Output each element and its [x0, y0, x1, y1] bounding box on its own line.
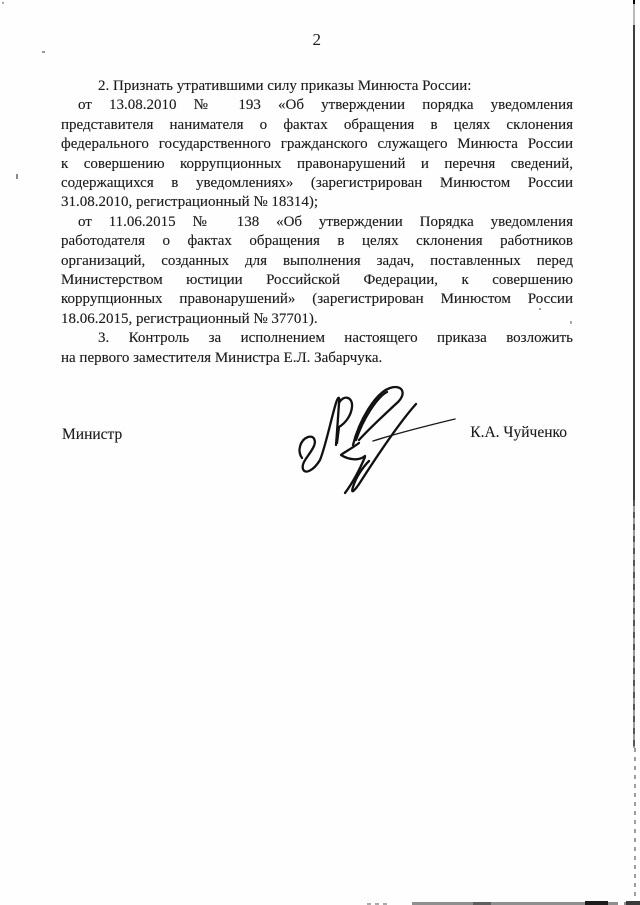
scan-edge-line-right — [633, 0, 635, 500]
body-line: 18.06.2015, регистрационный № 37701). — [61, 310, 573, 329]
body-line: от 11.06.2015 № 138 «Об утверждении Поря… — [61, 213, 573, 232]
body-line: к совершению коррупционных правонарушени… — [61, 155, 573, 174]
body-line: федерального государственного гражданско… — [61, 135, 573, 154]
page-number: 2 — [61, 30, 573, 50]
body-line: организаций, созданных для выполнения за… — [61, 252, 573, 271]
body-line: работодателя о фактах обращения в целях … — [61, 232, 573, 251]
document-body: 2. Признать утратившими силу приказы Мин… — [61, 77, 573, 368]
body-line: представителя нанимателя о фактах обраще… — [61, 116, 573, 135]
scan-bottom-strip-dark-segment — [585, 901, 608, 905]
scan-speck — [16, 174, 18, 179]
body-line: содержащихся в уведомлениях» (зарегистри… — [61, 174, 573, 193]
paragraph-3-heading-line: 3. Контроль за исполнением настоящего пр… — [61, 329, 573, 348]
body-line: 31.08.2010, регистрационный № 18314); — [61, 193, 573, 212]
scan-edge-line-dashed — [634, 748, 636, 905]
body-line: на первого заместителя Министра Е.Л. Заб… — [61, 349, 573, 368]
scan-speck — [2, 2, 4, 4]
scan-edge-line-mottled — [633, 500, 635, 748]
scan-speck — [42, 51, 45, 53]
scan-speck — [570, 321, 572, 324]
signer-position-label: Министр — [62, 426, 122, 444]
body-line: коррупционных правонарушений» (зарегистр… — [61, 290, 573, 309]
scan-speck — [539, 308, 541, 310]
paragraph-2-heading-line: 2. Признать утратившими силу приказы Мин… — [61, 77, 573, 96]
scan-edge-line-notch — [633, 4, 635, 25]
scan-bottom-strip-end — [626, 901, 640, 905]
scan-speck — [443, 186, 445, 188]
body-line: Министерством юстиции Российской Федерац… — [61, 271, 573, 290]
signer-name: К.А. Чуйченко — [470, 424, 567, 442]
body-line: от 13.08.2010 № 193 «Об утверждении поря… — [61, 96, 573, 115]
handwritten-signature-icon — [295, 383, 460, 501]
scanned-document-page: 2 2. Признать утратившими силу приказы М… — [0, 0, 640, 905]
